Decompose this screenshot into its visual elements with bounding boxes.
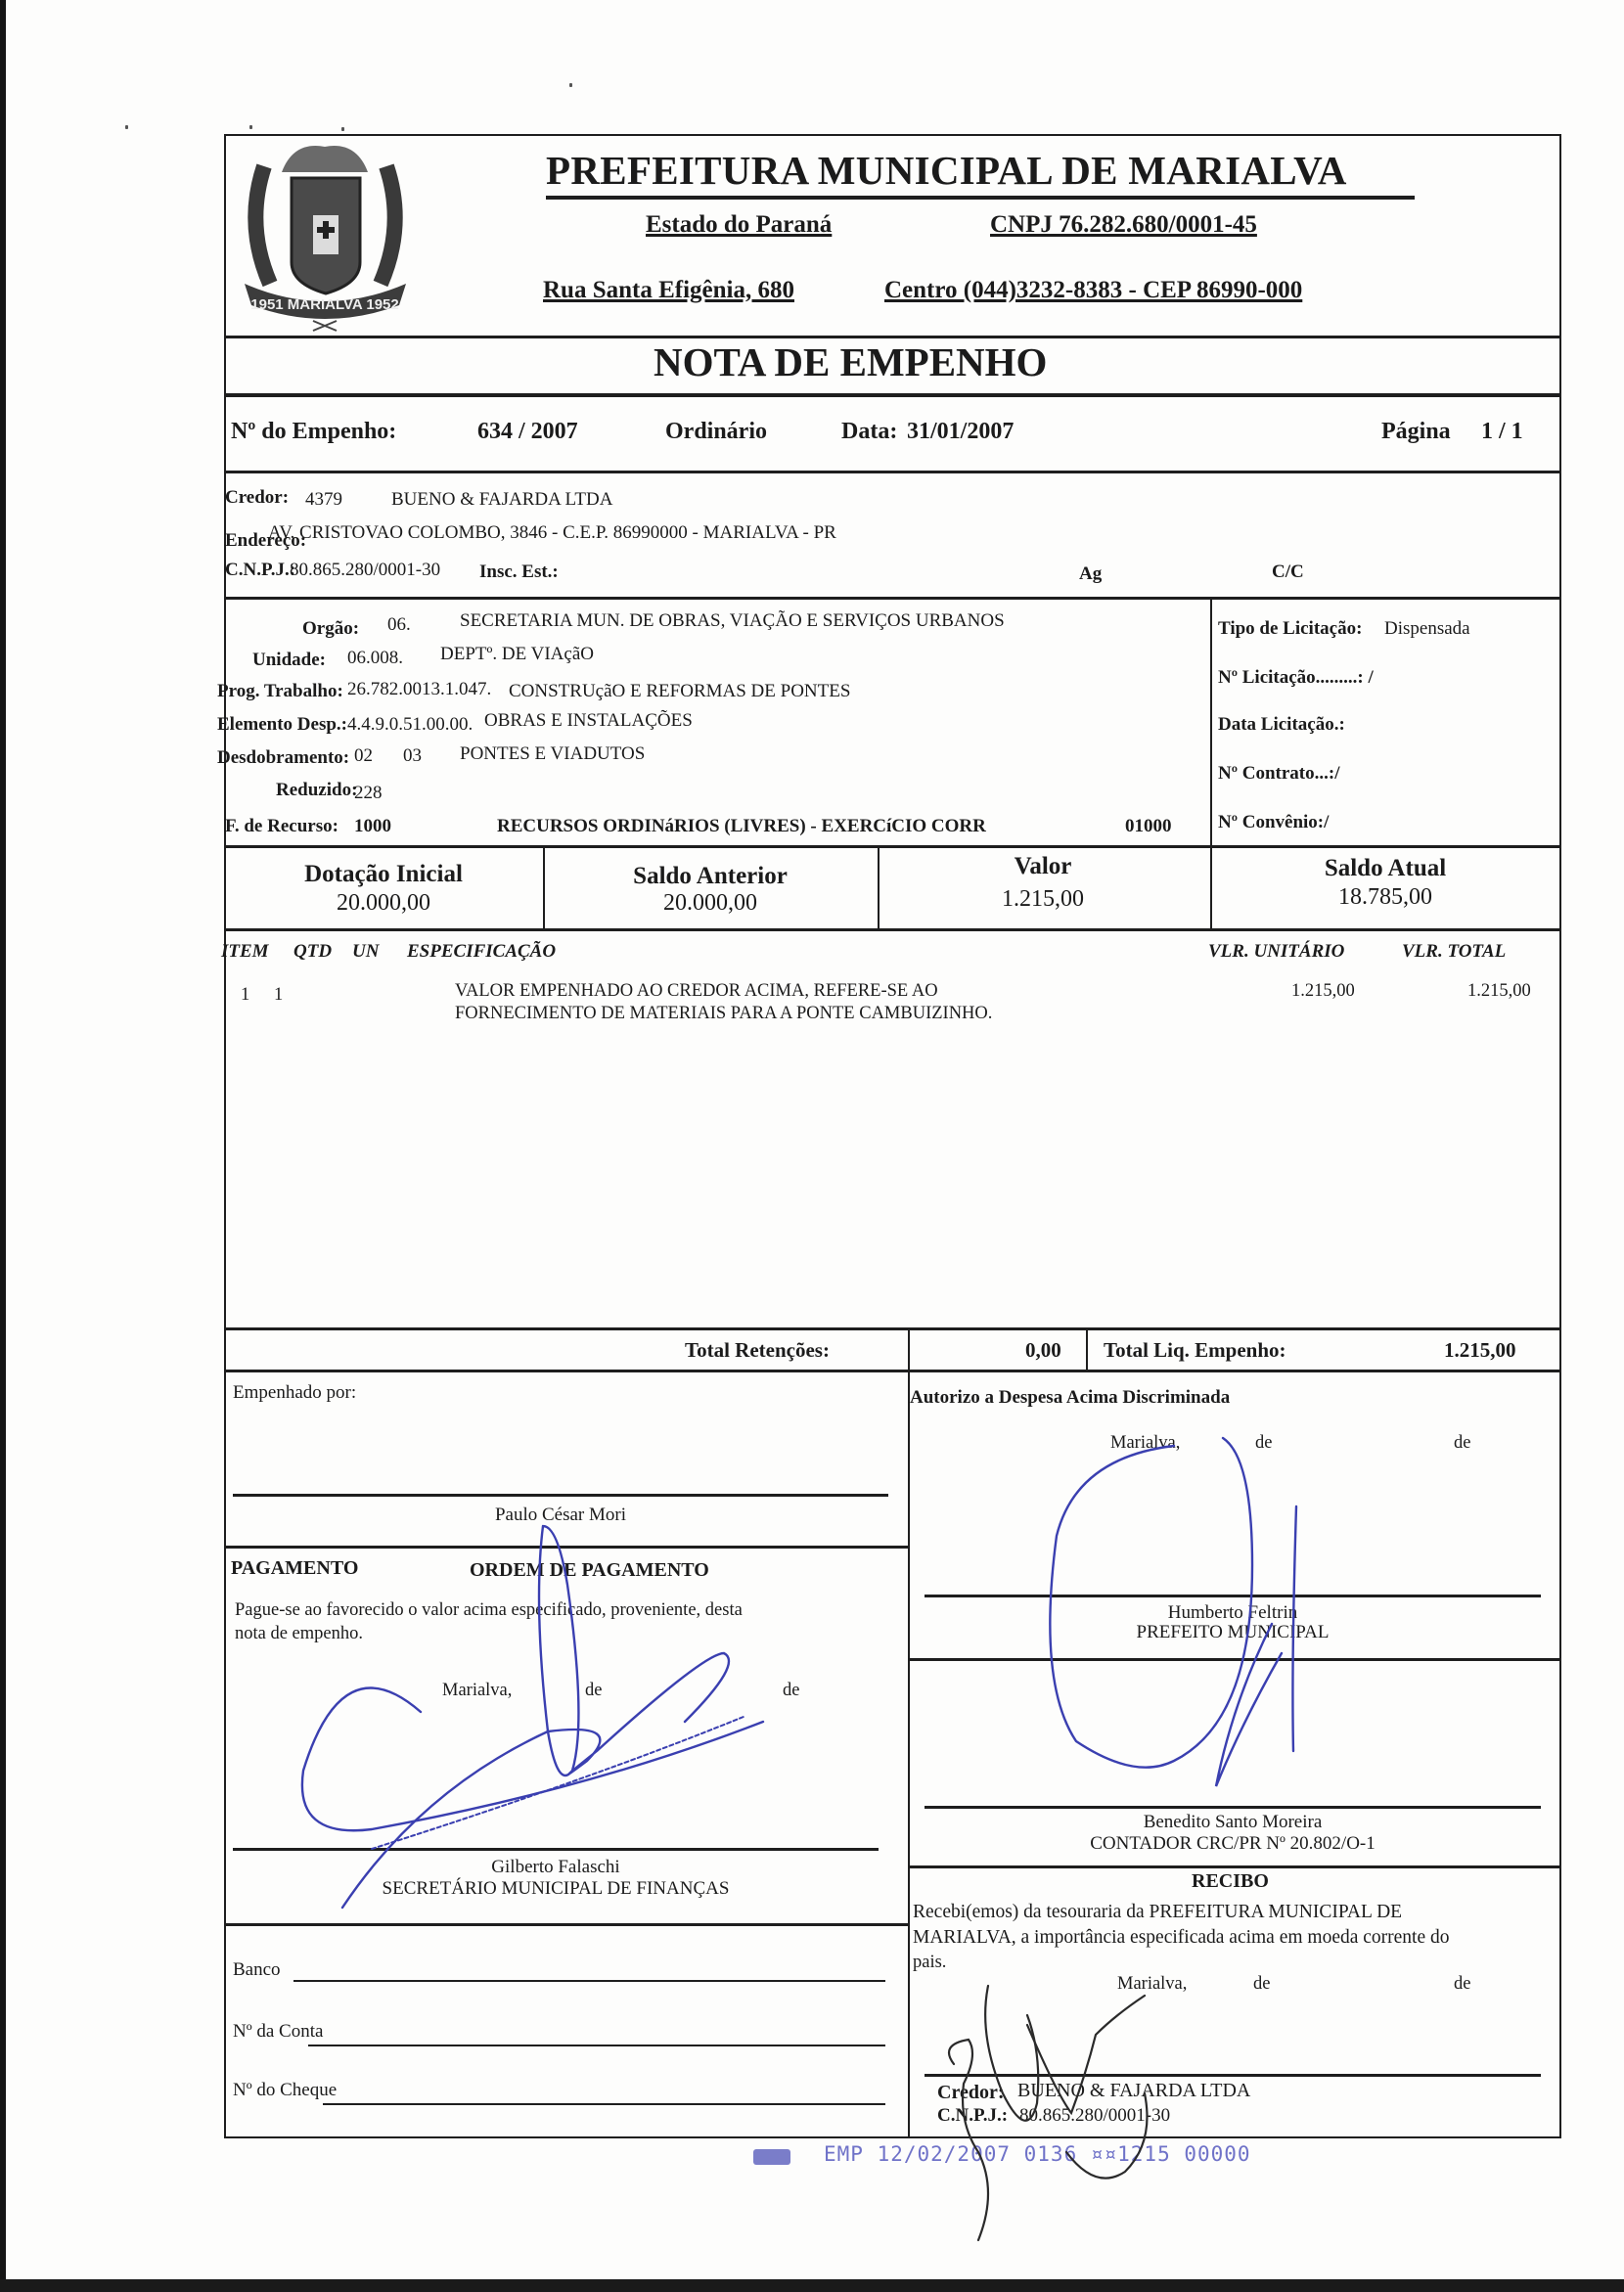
total-liquido-label: Total Liq. Empenho: [1104, 1338, 1286, 1363]
divider [1210, 845, 1212, 928]
recibo-credor-label: Credor: [937, 2082, 1005, 2104]
signature-line [925, 1595, 1541, 1597]
stamp-logo-icon [753, 2149, 790, 2165]
prog-trabalho-label: Prog. Trabalho: [217, 681, 343, 702]
autorizo-label: Autorizo a Despesa Acima Discriminada [910, 1387, 1230, 1409]
dotacao-inicial-label: Dotação Inicial [227, 861, 540, 888]
svg-text:1951 MARIALVA 1952: 1951 MARIALVA 1952 [250, 296, 398, 313]
empenho-type: Ordinário [665, 419, 767, 445]
elemento-name: OBRAS E INSTALAÇÕES [484, 710, 693, 732]
recibo-text-1: Recebi(emos) da tesouraria da PREFEITURA… [913, 1902, 1402, 1923]
divider [543, 845, 545, 928]
fonte-recurso-label: F. de Recurso: [225, 816, 338, 837]
credor-code: 4379 [305, 489, 342, 511]
empenhado-por-label: Empenhado por: [233, 1382, 356, 1404]
signature-line [233, 1848, 879, 1851]
ordem-de-2: de [783, 1681, 799, 1701]
scan-speck [569, 83, 572, 87]
credor-name: BUENO & FAJARDA LTDA [391, 489, 612, 511]
stamp-text: EMP 12/02/2007 0136 ¤¤1215 00000 [824, 2142, 1251, 2166]
ordem-pagamento-label: ORDEM DE PAGAMENTO [470, 1559, 709, 1582]
dotacao-inicial-value: 20.000,00 [227, 890, 540, 917]
divider [224, 845, 1561, 848]
fonte-recurso-ref: 01000 [1125, 816, 1172, 837]
municipality-contact: Centro (044)3232-8383 - CEP 86990-000 [884, 277, 1302, 304]
desdobramento-label: Desdobramento: [217, 747, 349, 769]
recibo-de-2: de [1454, 1974, 1470, 1995]
municipality-title: PREFEITURA MUNICIPAL DE MARIALVA [546, 147, 1347, 194]
divider [224, 471, 1561, 473]
divider [224, 1370, 1561, 1372]
ordem-pagamento-text-2: nota de empenho. [235, 1624, 363, 1644]
unidade-code: 06.008. [347, 648, 403, 669]
contador-name: Benedito Santo Moreira [925, 1812, 1541, 1833]
recibo-title: RECIBO [1192, 1870, 1269, 1893]
valor-label: Valor [886, 853, 1199, 880]
page-label: Página [1381, 419, 1451, 445]
divider [908, 1658, 1561, 1661]
agencia-label: Ag [1079, 563, 1102, 585]
numero-convenio: Nº Convênio:/ [1218, 812, 1329, 833]
divider [1086, 1327, 1088, 1370]
saldo-anterior-value: 20.000,00 [554, 890, 867, 917]
col-header-qtd: QTD [293, 941, 332, 963]
unidade-name: DEPTº. DE VIAçãO [440, 644, 594, 665]
credor-label: Credor: [225, 487, 289, 509]
divider [224, 393, 1561, 397]
item-total-value: 1.215,00 [1467, 981, 1531, 1002]
scan-speck [341, 127, 344, 131]
signature-line [925, 1806, 1541, 1809]
banco-label: Banco [233, 1959, 281, 1981]
total-liquido-value: 1.215,00 [1444, 1338, 1516, 1363]
orgao-label: Orgão: [302, 618, 359, 640]
empenho-date-label: Data: [841, 419, 897, 445]
col-header-unit-value: VLR. UNITÁRIO [1208, 941, 1344, 963]
orgao-code: 06. [387, 614, 411, 636]
signature-line [925, 2074, 1541, 2077]
conta-corrente-label: C/C [1272, 562, 1304, 583]
desdobramento-b: 03 [403, 745, 422, 767]
empenho-date: 31/01/2007 [907, 419, 1014, 445]
credor-address: AV. CRISTOVAO COLOMBO, 3846 - C.E.P. 869… [268, 522, 836, 544]
tipo-licitacao-label: Tipo de Licitação: [1218, 618, 1362, 640]
pagamento-label: PAGAMENTO [231, 1557, 358, 1580]
total-retencoes-label: Total Retenções: [685, 1338, 830, 1363]
municipal-coat-of-arms-icon: 1951 MARIALVA 1952 [235, 137, 416, 333]
scan-edge [0, 0, 6, 2292]
state-label: Estado do Paraná [646, 211, 832, 239]
autorizo-place: Marialva, [1110, 1433, 1180, 1454]
saldo-anterior-label: Saldo Anterior [554, 863, 867, 890]
contador-title: CONTADOR CRC/PR Nº 20.802/O-1 [925, 1833, 1541, 1855]
valor-value: 1.215,00 [886, 886, 1199, 913]
credor-cnpj: 80.865.280/0001-30 [290, 560, 440, 581]
banco-field[interactable] [293, 1980, 885, 1982]
recibo-text-3: pais. [913, 1953, 946, 1973]
cheque-field[interactable] [323, 2103, 885, 2105]
divider [908, 1865, 1561, 1868]
secretario-name: Gilberto Falaschi [233, 1857, 879, 1878]
secretario-title: SECRETÁRIO MUNICIPAL DE FINANÇAS [233, 1878, 879, 1900]
recibo-de-1: de [1253, 1974, 1270, 1995]
title-underline [546, 196, 1415, 200]
prog-trabalho-code: 26.782.0013.1.047. [347, 679, 491, 700]
data-licitacao: Data Licitação.: [1218, 714, 1345, 736]
item-unit-value: 1.215,00 [1291, 981, 1355, 1002]
municipality-address: Rua Santa Efigênia, 680 [543, 277, 794, 304]
saldo-atual-label: Saldo Atual [1229, 855, 1542, 882]
tipo-licitacao-value: Dispensada [1384, 618, 1470, 640]
reduzido-value: 228 [354, 783, 383, 804]
signature-line [233, 1494, 888, 1497]
fonte-recurso-name: RECURSOS ORDINáRIOS (LIVRES) - EXERCíCIO… [497, 816, 986, 837]
ordem-de-1: de [585, 1681, 602, 1701]
credor-cnpj-label: C.N.P.J.: [225, 560, 295, 581]
recibo-cnpj: 80.865.280/0001-30 [1019, 2105, 1170, 2127]
divider [224, 1546, 909, 1549]
scan-speck [249, 125, 252, 129]
reduzido-label: Reduzido: [276, 780, 357, 801]
bank-stamp: EMP 12/02/2007 0136 ¤¤1215 00000 [753, 2142, 1251, 2166]
insc-est-label: Insc. Est.: [479, 562, 559, 583]
numero-contrato: Nº Contrato...:/ [1218, 763, 1339, 785]
cheque-label: Nº do Cheque [233, 2080, 337, 2101]
item-spec-line-1: VALOR EMPENHADO AO CREDOR ACIMA, REFERE-… [455, 981, 938, 1002]
recibo-credor-name: BUENO & FAJARDA LTDA [1017, 2080, 1250, 2102]
recibo-place: Marialva, [1117, 1974, 1187, 1995]
document-title: NOTA DE EMPENHO [654, 338, 1047, 385]
col-header-total-value: VLR. TOTAL [1402, 941, 1506, 963]
unidade-label: Unidade: [252, 650, 326, 671]
total-retencoes-value: 0,00 [1025, 1338, 1061, 1363]
divider [224, 597, 1561, 600]
page-number: 1 / 1 [1481, 419, 1523, 445]
divider [224, 928, 1561, 931]
elemento-code: 4.4.9.0.51.00.00. [347, 714, 473, 736]
col-header-item: ITEM [221, 941, 269, 963]
scan-edge [0, 2279, 1624, 2292]
elemento-label: Elemento Desp.: [217, 714, 347, 736]
col-header-un: UN [352, 941, 379, 963]
item-spec-line-2: FORNECIMENTO DE MATERIAIS PARA A PONTE C… [455, 1004, 992, 1024]
autorizo-de-1: de [1255, 1433, 1272, 1454]
prefeito-name: Humberto Feltrin [925, 1602, 1541, 1624]
empenho-number-label: Nº do Empenho: [231, 419, 396, 445]
divider [224, 1923, 909, 1926]
prog-trabalho-name: CONSTRUçãO E REFORMAS DE PONTES [509, 681, 850, 702]
ordem-pagamento-text-1: Pague-se ao favorecido o valor acima esp… [235, 1600, 743, 1621]
orgao-name: SECRETARIA MUN. DE OBRAS, VIAÇÃO E SERVI… [460, 610, 1005, 632]
col-header-spec: ESPECIFICAÇÃO [407, 941, 556, 963]
divider [224, 1327, 1561, 1330]
municipality-cnpj: CNPJ 76.282.680/0001-45 [990, 211, 1257, 239]
ordem-place: Marialva, [442, 1681, 512, 1701]
empenhado-por-name: Paulo César Mori [233, 1505, 888, 1526]
conta-label: Nº da Conta [233, 2021, 323, 2043]
recibo-cnpj-label: C.N.P.J.: [937, 2105, 1008, 2127]
item-qtd: 1 [274, 985, 283, 1006]
divider [908, 1327, 910, 1370]
recibo-text-2: MARIALVA, a importância especificada aci… [913, 1927, 1450, 1949]
fonte-recurso-code: 1000 [354, 816, 391, 837]
prefeito-title: PREFEITO MUNICIPAL [925, 1622, 1541, 1643]
autorizo-de-2: de [1454, 1433, 1470, 1454]
divider [878, 845, 880, 928]
divider [1210, 597, 1212, 845]
scan-speck [125, 125, 128, 129]
conta-field[interactable] [308, 2045, 885, 2046]
item-number: 1 [241, 985, 249, 1006]
empenho-number: 634 / 2007 [477, 419, 578, 445]
desdobramento-name: PONTES E VIADUTOS [460, 743, 645, 765]
saldo-atual-value: 18.785,00 [1229, 884, 1542, 911]
numero-licitacao: Nº Licitação.........: / [1218, 667, 1374, 689]
divider [908, 1370, 910, 2138]
desdobramento-a: 02 [354, 745, 373, 767]
